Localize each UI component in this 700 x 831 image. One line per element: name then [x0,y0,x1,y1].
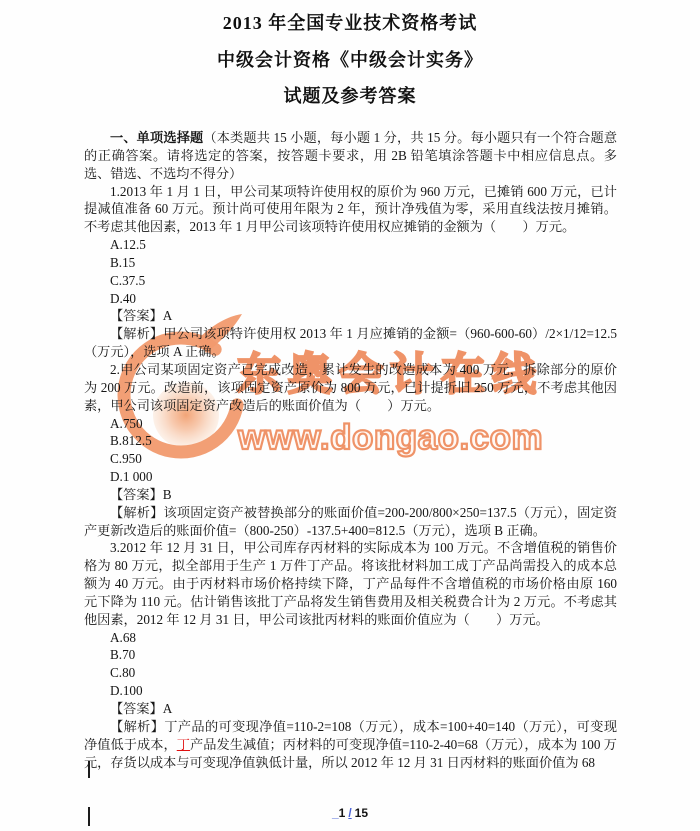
question-stem: 2.甲公司某项固定资产已完成改造，累计发生的改造成本为 400 万元，拆除部分的… [84,361,617,415]
document-titles: 2013 年全国专业技术资格考试 中级会计资格《中级会计实务》 试题及参考答案 [0,5,700,115]
exam-document-page: 东奥会计在线 www.dongao.com 2013 年全国专业技术资格考试 中… [0,0,700,831]
analysis-line: 【解析】该项固定资产被替换部分的账面价值=200-200/800×250=137… [84,504,617,540]
page-footer: _1/15 [0,806,700,820]
option-a: A.68 [84,629,617,647]
answer-value: A [163,308,173,323]
answer-value: A [163,701,173,716]
option-a: A.12.5 [84,236,617,254]
option-c: C.80 [84,664,617,682]
option-c: C.37.5 [84,272,617,290]
footer-underscore: _ [332,806,339,820]
page-separator: / [348,806,351,820]
question-block-1: 1.2013 年 1 月 1 日，甲公司某项特许使用权的原价为 960 万元，已… [84,183,617,361]
analysis-line: 【解析】丁产品的可变现净值=110-2=108（万元），成本=100+40=14… [84,718,617,772]
option-d: D.100 [84,682,617,700]
total-page-number: 15 [355,806,368,820]
current-page-number: 1 [339,806,346,820]
option-a: A.750 [84,415,617,433]
title-line-3: 试题及参考答案 [0,78,700,115]
analysis-line: 【解析】甲公司该项特许使用权 2013 年 1 月应摊销的金额=（960-600… [84,325,617,361]
question-block-3: 3.2012 年 12 月 31 日，甲公司库存丙材料的实际成本为 100 万元… [84,539,617,771]
document-body: 一、单项选择题（本类题共 15 小题，每小题 1 分，共 15 分。每小题只有一… [84,129,617,771]
revision-change-bar [88,807,90,826]
revision-change-bar [88,761,90,778]
inserted-text: 丁 [177,737,190,752]
question-stem: 1.2013 年 1 月 1 日，甲公司某项特许使用权的原价为 960 万元，已… [84,183,617,237]
analysis-label: 【解析】 [110,505,164,520]
answer-value: B [163,487,172,502]
analysis-label: 【解析】 [110,719,164,734]
option-b: B.812.5 [84,432,617,450]
question-stem: 3.2012 年 12 月 31 日，甲公司库存丙材料的实际成本为 100 万元… [84,539,617,628]
analysis-label: 【解析】 [110,326,163,341]
option-d: D.1 000 [84,468,617,486]
question-block-2: 2.甲公司某项固定资产已完成改造，累计发生的改造成本为 400 万元，拆除部分的… [84,361,617,539]
title-line-2: 中级会计资格《中级会计实务》 [0,42,700,79]
section-intro: 一、单项选择题（本类题共 15 小题，每小题 1 分，共 15 分。每小题只有一… [84,129,617,183]
answer-line: 【答案】A [84,700,617,718]
section-heading: 一、单项选择题 [110,130,203,145]
option-c: C.950 [84,450,617,468]
answer-line: 【答案】B [84,486,617,504]
answer-label: 【答案】 [110,487,163,502]
title-line-1: 2013 年全国专业技术资格考试 [0,5,700,42]
answer-label: 【答案】 [110,308,163,323]
answer-label: 【答案】 [110,701,163,716]
option-d: D.40 [84,290,617,308]
option-b: B.15 [84,254,617,272]
option-b: B.70 [84,646,617,664]
answer-line: 【答案】A [84,307,617,325]
